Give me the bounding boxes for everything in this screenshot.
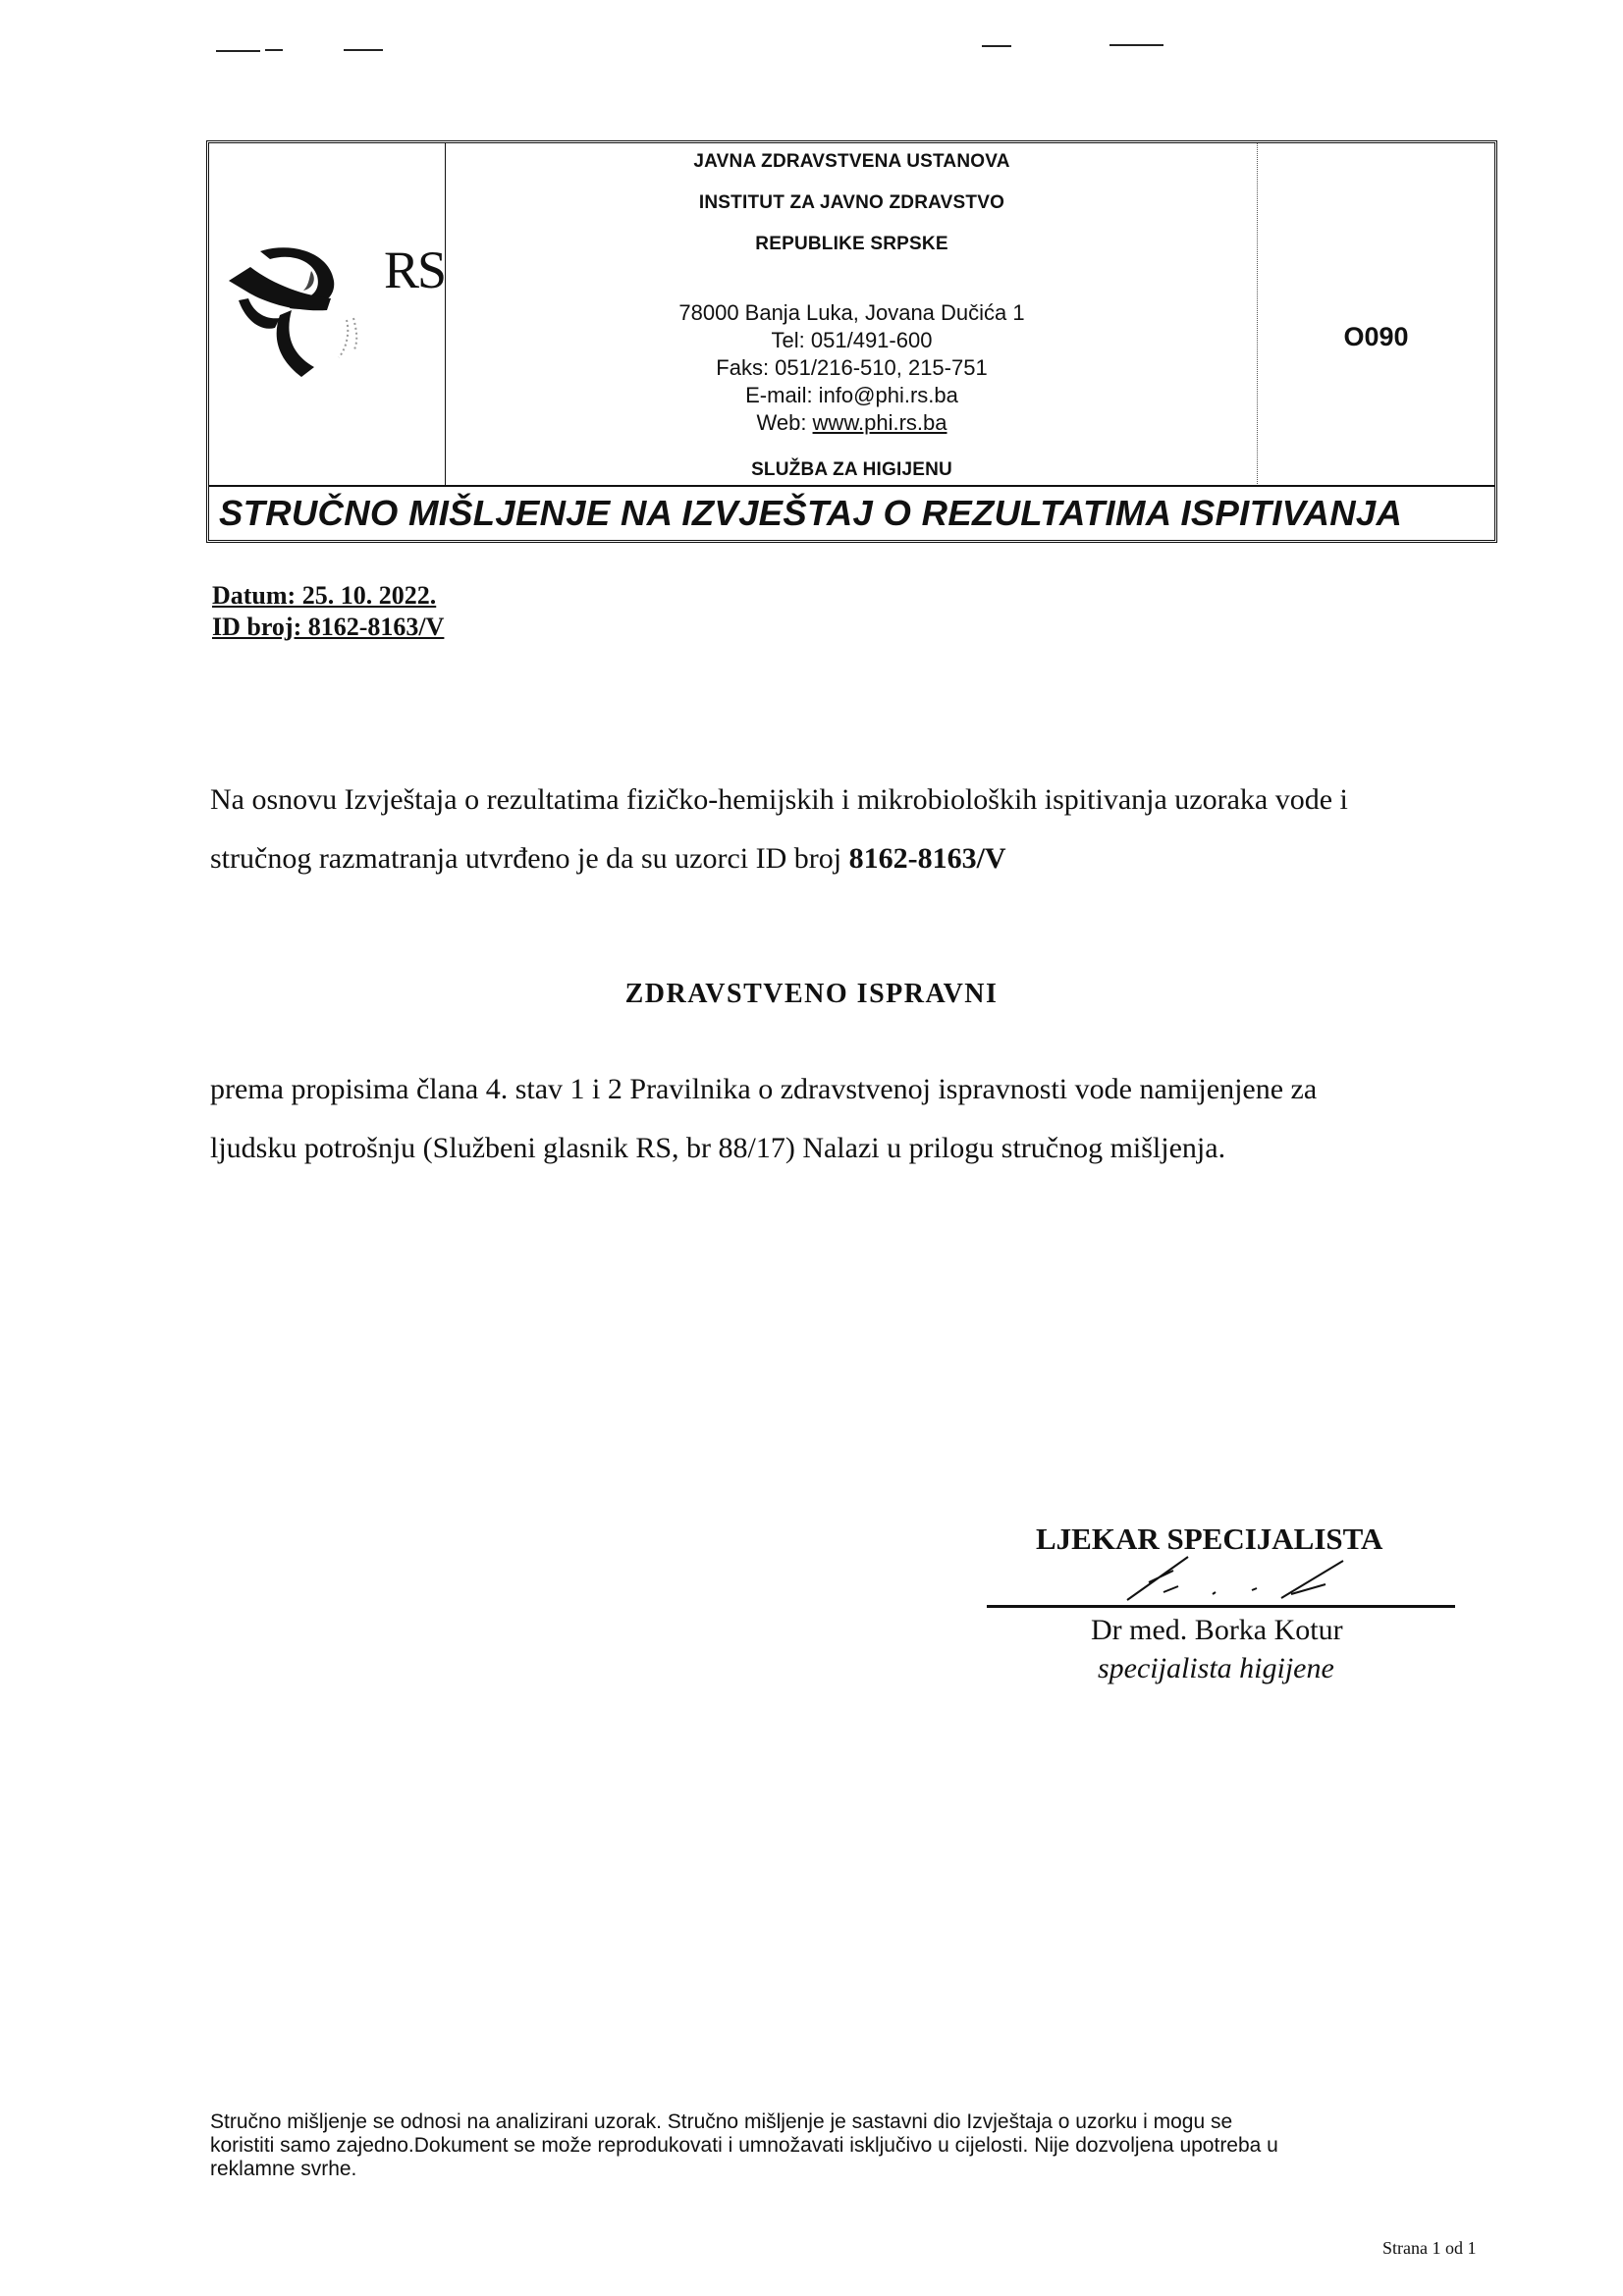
document-header: RS JAVNA ZDRAVSTVENA USTANOVA INSTITUT Z… — [206, 140, 1497, 543]
website-label: Web: — [756, 410, 812, 435]
body-paragraph-2-line-1: prema propisima člana 4. stav 1 i 2 Prav… — [210, 1060, 1317, 1119]
document-title: STRUČNO MIŠLJENJE NA IZVJEŠTAJ O REZULTA… — [219, 493, 1402, 534]
address: 78000 Banja Luka, Jovana Dučića 1 — [447, 300, 1257, 326]
footer-disclaimer: Stručno mišljenje se odnosi na analizira… — [210, 2110, 1278, 2181]
body-paragraph-2-line-2: ljudsku potrošnju (Službeni glasnik RS, … — [210, 1119, 1317, 1178]
title-row: STRUČNO MIŠLJENJE NA IZVJEŠTAJ O REZULTA… — [209, 485, 1494, 540]
email: E-mail: info@phi.rs.ba — [447, 383, 1257, 408]
body-paragraph-1: Na osnovu Izvještaja o rezultatima fizič… — [210, 771, 1348, 888]
footer-line-2: koristiti samo zajedno.Dokument se može … — [210, 2134, 1278, 2158]
footer-line-1: Stručno mišljenje se odnosi na analizira… — [210, 2110, 1278, 2134]
body-paragraph-2: prema propisima člana 4. stav 1 i 2 Prav… — [210, 1060, 1317, 1178]
signature-line — [987, 1605, 1455, 1608]
page-number: Strana 1 od 1 — [1382, 2238, 1476, 2259]
logo-cell: RS — [209, 143, 446, 486]
signatory-name: Dr med. Borka Kotur — [1091, 1614, 1343, 1647]
website-link[interactable]: www.phi.rs.ba — [813, 410, 947, 435]
scan-artifact — [1109, 44, 1163, 46]
scan-artifact — [982, 45, 1011, 47]
institution-info: JAVNA ZDRAVSTVENA USTANOVA INSTITUT ZA J… — [447, 143, 1257, 486]
signature-title: LJEKAR SPECIJALISTA — [1036, 1522, 1382, 1557]
body-paragraph-1-line-2: stručnog razmatranja utvrđeno je da su u… — [210, 829, 1348, 888]
sample-id: 8162-8163/V — [849, 842, 1006, 875]
body-paragraph-1-line-1: Na osnovu Izvještaja o rezultatima fizič… — [210, 771, 1348, 829]
telephone: Tel: 051/491-600 — [447, 328, 1257, 353]
signatory-role: specijalista higijene — [1098, 1652, 1334, 1685]
document-id: ID broj: 8162-8163/V — [212, 612, 444, 643]
scan-artifact — [216, 50, 260, 52]
institution-name: INSTITUT ZA JAVNO ZDRAVSTVO — [447, 192, 1257, 214]
scan-artifact — [344, 49, 383, 51]
body-paragraph-1-line-2-text: stručnog razmatranja utvrđeno je da su u… — [210, 842, 849, 875]
form-code: O090 — [1258, 322, 1494, 352]
form-code-cell: O090 — [1257, 143, 1494, 486]
institute-logo-icon — [221, 241, 388, 379]
verdict: ZDRAVSTVENO ISPRAVNI — [0, 979, 1623, 1010]
website: Web: www.phi.rs.ba — [447, 410, 1257, 436]
institution-type: JAVNA ZDRAVSTVENA USTANOVA — [447, 151, 1257, 173]
signature-scribble-icon — [1119, 1553, 1355, 1604]
footer-line-3: reklamne svrhe. — [210, 2158, 1278, 2181]
fax: Faks: 051/216-510, 215-751 — [447, 355, 1257, 381]
institution-region: REPUBLIKE SRPSKE — [447, 234, 1257, 255]
department: SLUŽBA ZA HIGIJENU — [447, 459, 1257, 481]
document-date: Datum: 25. 10. 2022. — [212, 580, 436, 612]
scan-artifact — [265, 49, 283, 51]
logo-text: RS — [384, 240, 445, 300]
